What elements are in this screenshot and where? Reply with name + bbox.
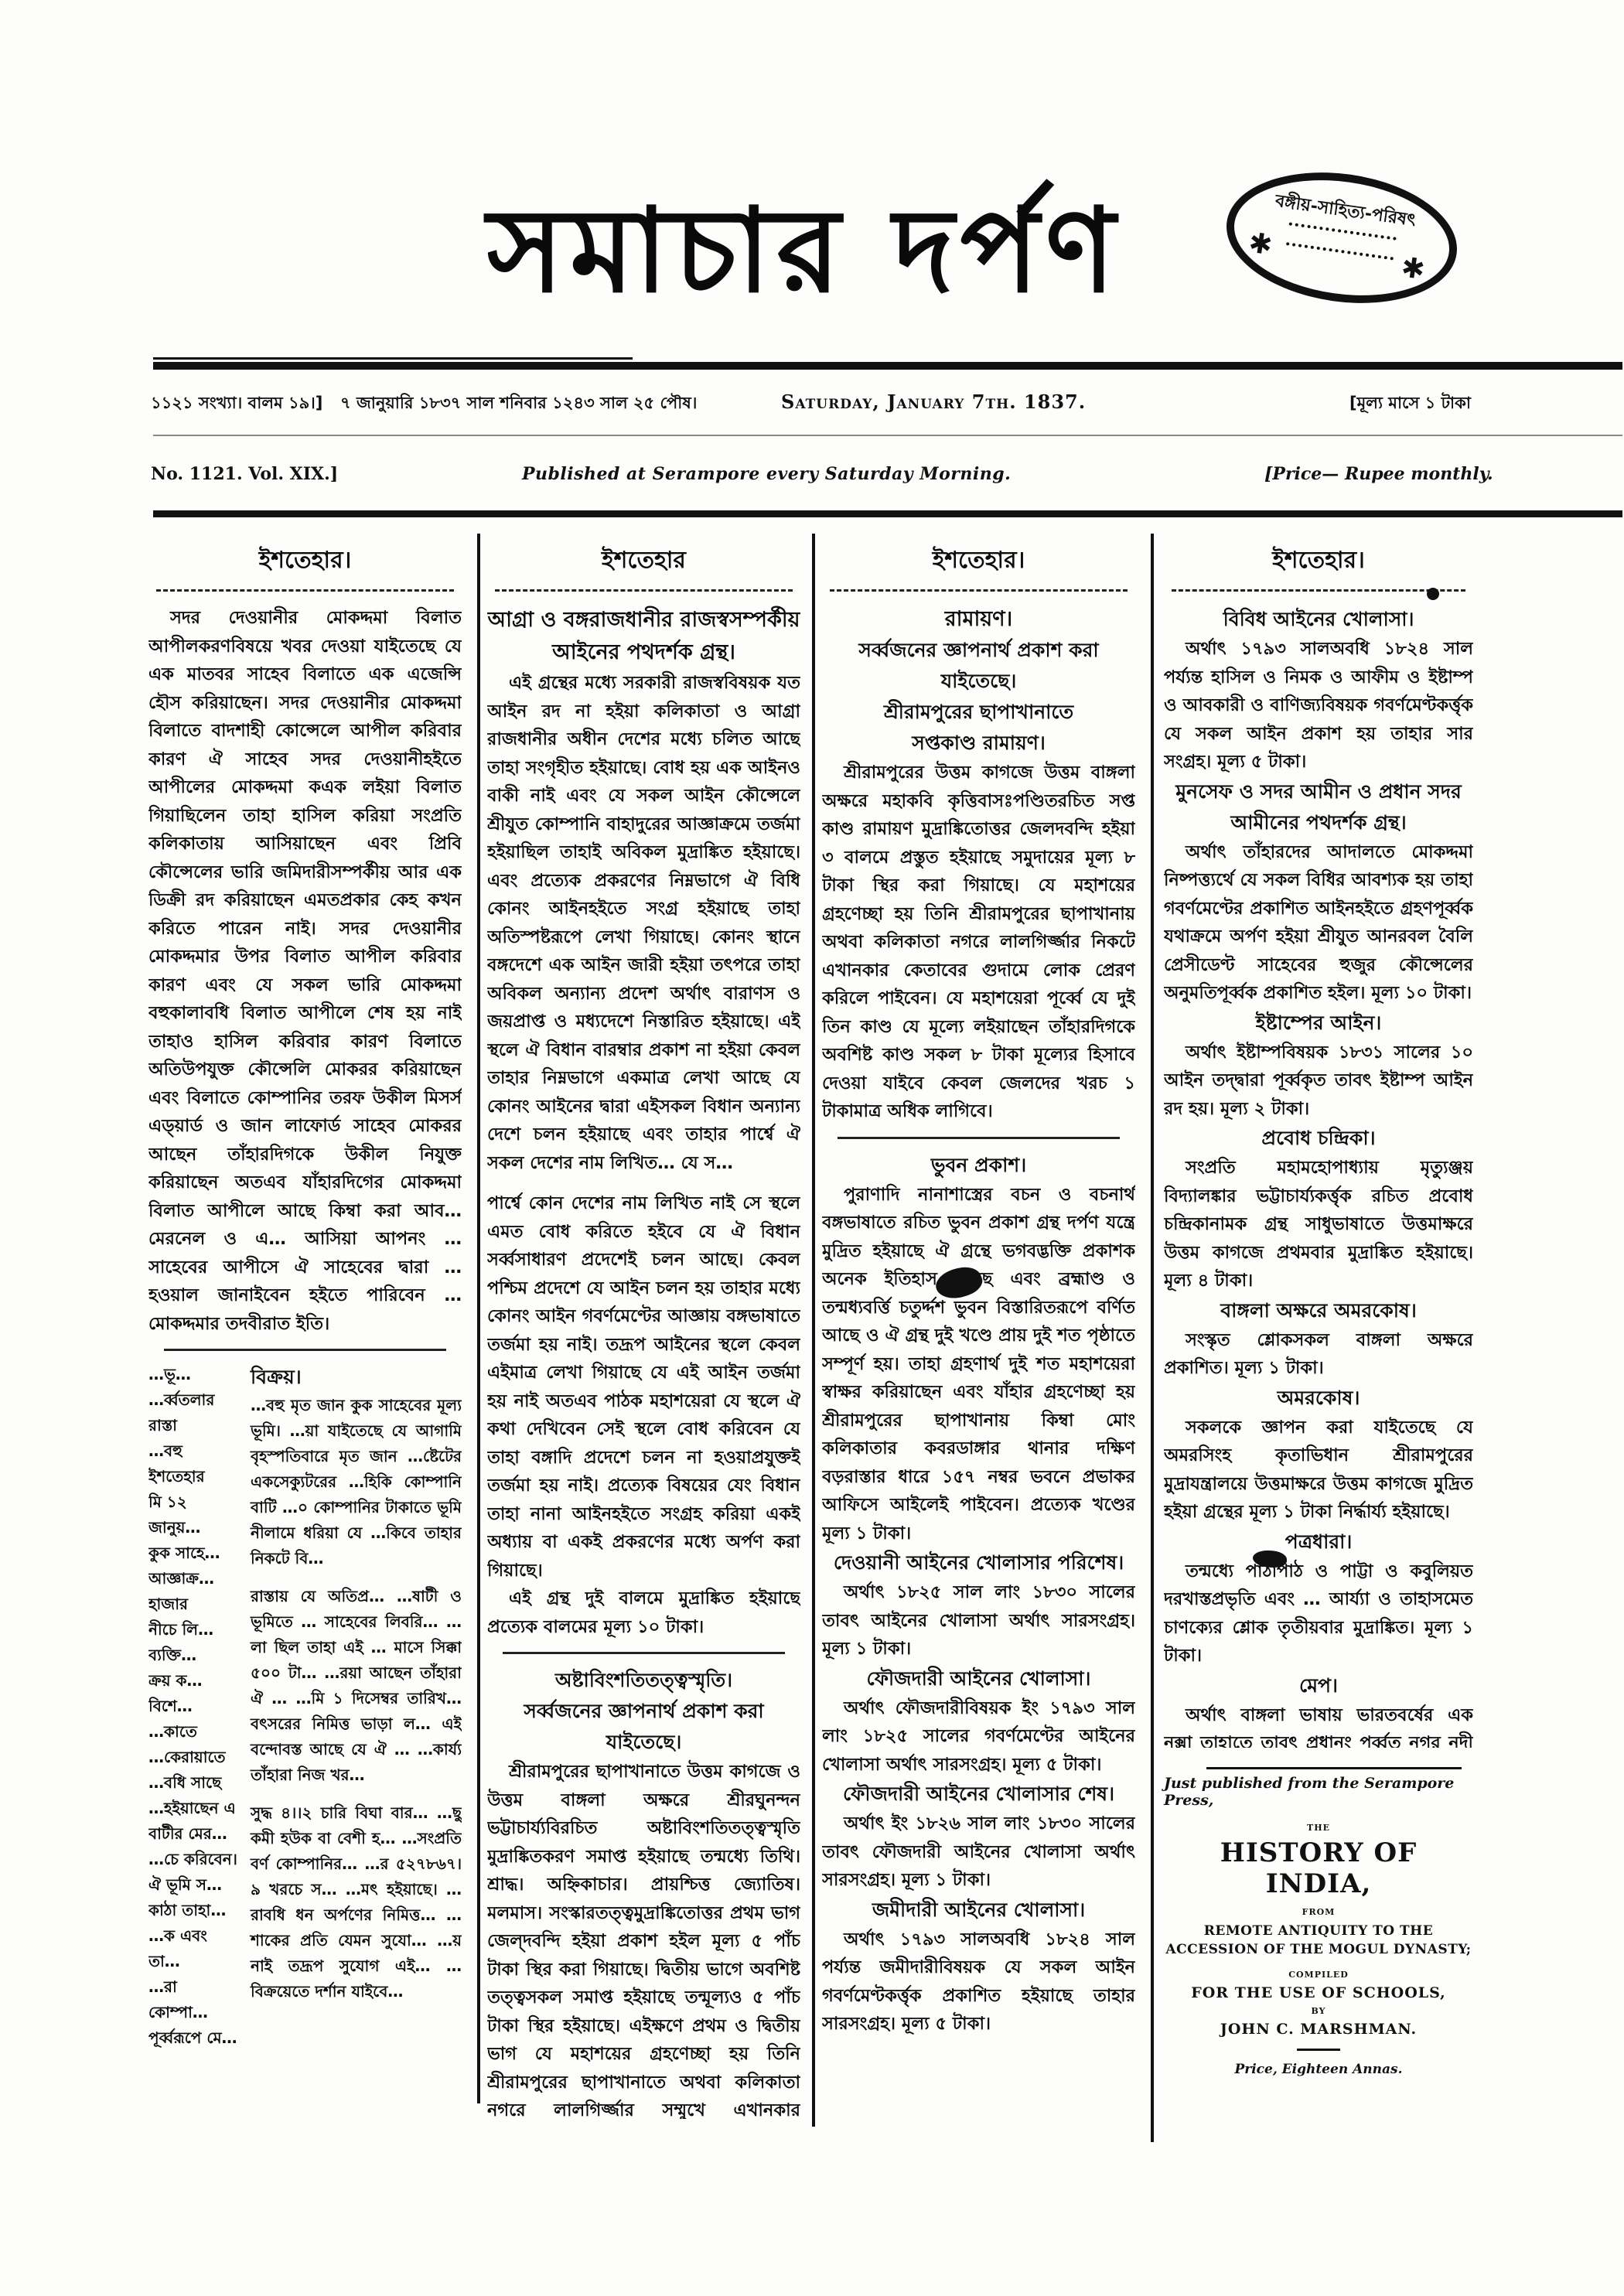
date-en: Saturday, January 7th. 1837. bbox=[781, 391, 1086, 413]
publication-note: Published at Serampore every Saturday Mo… bbox=[522, 464, 1011, 484]
ink-blot bbox=[1427, 588, 1439, 600]
fragment: ক্রয় ক… bbox=[148, 1668, 241, 1694]
column-divider bbox=[812, 534, 815, 2127]
fragment: …কাতে bbox=[148, 1719, 241, 1745]
notice-paragraph: অর্থাৎ ১৭৯৩ সালঅবধি ১৮২৪ সাল পর্য্যন্ত জ… bbox=[822, 1926, 1135, 2038]
fragment: …র্ব্বতলার রাস্তা bbox=[148, 1387, 241, 1438]
notice-paragraph: অর্থাৎ ফৌজদারীবিষয়ক ইং ১৭৯৩ সাল লাং ১৮২… bbox=[822, 1694, 1135, 1779]
ad-from: FROM bbox=[1164, 1907, 1473, 1917]
notice-paragraph: এই গ্রন্থের মধ্যে সরকারী রাজস্ববিষয়ক যত… bbox=[487, 669, 800, 1177]
column-heading: ইশতেহার। bbox=[1164, 541, 1473, 585]
ad-compiled: COMPILED bbox=[1164, 1970, 1473, 1980]
volume-number: No. 1121. Vol. XIX.] bbox=[151, 464, 338, 484]
fragment: …বহু bbox=[148, 1438, 241, 1464]
section-title: ফৌজদারী আইনের খোলাসার শেষ। bbox=[822, 1779, 1135, 1810]
fragment: অনেক বৎস… bbox=[148, 2051, 241, 2057]
notice-paragraph: শ্রীরামপুরের ছাপাখানাতে উত্তম কাগজে ও উত… bbox=[487, 1758, 800, 2119]
fragment: …রা কোম্পা… bbox=[148, 1974, 241, 2025]
section-title: মেপ। bbox=[1164, 1670, 1473, 1701]
fragment: …ভূ… bbox=[148, 1362, 241, 1387]
section-title: পত্রধারা। bbox=[1164, 1527, 1473, 1557]
section-rule bbox=[503, 1652, 785, 1654]
column-divider bbox=[477, 534, 480, 2103]
section-title: অষ্টাবিংশতিতত্ত্বস্মৃতি। bbox=[487, 1665, 800, 1696]
newspaper-page: সমাচার দর্পণ বঙ্গীয়-সাহিত্য-পরিষৎ ✱ ✱ ১… bbox=[0, 0, 1624, 2296]
notice-subtitle: শ্রীরামপুরের ছাপাখানাতে bbox=[822, 697, 1135, 728]
star-icon: ✱ bbox=[1400, 254, 1427, 285]
section-subtitle: সর্ব্বজনের জ্ঞাপনার্থ প্রকাশ করা যাইতেছে… bbox=[487, 1696, 800, 1758]
ad-author: JOHN C. MARSHMAN. bbox=[1164, 2021, 1473, 2038]
sale-notice: বিক্রয়। …বহু মৃত জান কুক সাহেবের মূল্য … bbox=[251, 1362, 462, 2057]
fragment: কাঠা তাহা… bbox=[148, 1898, 241, 1923]
notice-paragraph: সংপ্রতি মহামহোপাধ্যায় মৃত্যুঞ্জয় বিদ্য… bbox=[1164, 1154, 1473, 1295]
notice-subtitle: সপ্তকাণ্ড রামায়ণ। bbox=[822, 728, 1135, 759]
column-heading: ইশতেহার। bbox=[148, 541, 462, 585]
column-3: ইশতেহার। রামায়ণ। সর্ব্বজনের জ্ঞাপনার্থ … bbox=[822, 541, 1135, 2134]
fragment: পূর্ব্বরূপে মে… bbox=[148, 2025, 241, 2051]
library-stamp-icon: বঙ্গীয়-সাহিত্য-পরিষৎ ✱ ✱ bbox=[1218, 159, 1465, 317]
section-title: ফৌজদারী আইনের খোলাসা। bbox=[822, 1663, 1135, 1694]
fragment: …কেরায়াতে bbox=[148, 1745, 241, 1770]
column-1: ইশতেহার। সদর দেওয়ানীর মোকদ্দমা বিলাত আপ… bbox=[148, 541, 462, 2057]
fragment: আজ্ঞাক্র… bbox=[148, 1566, 241, 1592]
dashed-rule bbox=[495, 589, 793, 592]
notice-paragraph: পার্শ্বে কোন দেশের নাম লিখিত নাই সে স্থল… bbox=[487, 1189, 800, 1585]
notice-paragraph: অর্থাৎ ১৭৯৩ সালঅবধি ১৮২৪ সাল পর্য্যন্ত হ… bbox=[1164, 635, 1473, 776]
notice-paragraph: সকলকে জ্ঞাপন করা যাইতেছে যে অমরসিংহ কৃতা… bbox=[1164, 1414, 1473, 1527]
masthead-rule bbox=[153, 362, 1622, 370]
issue-number-bn: ১১২১ সংখ্যা। বালম ১৯।] bbox=[151, 391, 322, 418]
notice-paragraph: সংস্কৃত শ্লোকসকল বাঙ্গলা অক্ষরে প্রকাশিত… bbox=[1164, 1326, 1473, 1383]
section-title: বিবিধ আইনের খোলাসা। bbox=[1164, 604, 1473, 635]
ad-purpose: FOR THE USE OF SCHOOLS, bbox=[1164, 1984, 1473, 2001]
section-title: জমীদারী আইনের খোলাসা। bbox=[822, 1895, 1135, 1926]
notice-title: আগ্রা ও বঙ্গরাজধানীর রাজস্বসম্পর্কীয় আই… bbox=[487, 604, 800, 669]
section-title: বাঙ্গলা অক্ষরে অমরকোষ। bbox=[1164, 1295, 1473, 1326]
column-4: ইশতেহার। বিবিধ আইনের খোলাসা। অর্থাৎ ১৭৯৩… bbox=[1164, 541, 1473, 1748]
date-bn: ৭ জানুয়ারি ১৮৩৭ সাল শনিবার ১২৪৩ সাল ২৫ … bbox=[340, 391, 697, 418]
stamp-dotted-line bbox=[1286, 242, 1394, 260]
dotted-rule bbox=[153, 435, 1622, 436]
fragment: ঐ ভূমি স… bbox=[148, 1872, 241, 1898]
price-paragraph: এই গ্রন্থ দুই বালমে মুদ্রাঙ্কিত হইয়াছে … bbox=[487, 1585, 800, 1641]
section-title: মুনসেফ ও সদর আমীন ও প্রধান সদর আমীনের পথ… bbox=[1164, 776, 1473, 838]
dashed-rule bbox=[156, 589, 454, 592]
ad-article: THE bbox=[1164, 1823, 1473, 1833]
fragment: ব্যক্তি… bbox=[148, 1643, 241, 1668]
fragment: হাজার bbox=[148, 1592, 241, 1617]
header-bottom-rule bbox=[153, 510, 1622, 517]
fragment: …হইয়াছেন এ bbox=[148, 1796, 241, 1821]
dashed-rule bbox=[1172, 589, 1465, 592]
star-icon: ✱ bbox=[1247, 230, 1274, 261]
section-title: প্রবোধ চন্দ্রিকা। bbox=[1164, 1123, 1473, 1154]
english-advertisement: Just published from the Serampore Press,… bbox=[1164, 1775, 1473, 2077]
notice-paragraph: তন্মধ্যে পাঠাপাঠ ও পাট্টা ও কবুলিয়ত দরখ… bbox=[1164, 1557, 1473, 1670]
notice-paragraph: অর্থাৎ ইং ১৮২৬ সাল লাং ১৮৩০ সালের তাবৎ ফ… bbox=[822, 1810, 1135, 1895]
column-2: ইশতেহার আগ্রা ও বঙ্গরাজধানীর রাজস্বসম্পর… bbox=[487, 541, 800, 2119]
fragment: …চে করিবেন। bbox=[148, 1847, 241, 1872]
ad-price: Price, Eighteen Annas. bbox=[1164, 2062, 1473, 2077]
fragment: …বধি সাছে bbox=[148, 1770, 241, 1796]
masthead-thin-rule bbox=[153, 357, 633, 360]
sale-paragraph: রাস্তায় যে অতিপ্র… …ষাটী ও ভূমিতে … সাহ… bbox=[251, 1584, 462, 1788]
notice-title: রামায়ণ। bbox=[822, 604, 1135, 635]
ad-book-title: HISTORY OF INDIA, bbox=[1164, 1837, 1473, 1899]
column-heading: ইশতেহার bbox=[487, 541, 800, 585]
fragment: বাটীর মের… bbox=[148, 1821, 241, 1847]
sale-paragraph: …বহু মৃত জান কুক সাহেবের মূল্য ভূমি। …য়… bbox=[251, 1393, 462, 1571]
fragment: …ক এবং তা… bbox=[148, 1923, 241, 1974]
notice-paragraph: অর্থাৎ ইষ্টাম্পবিষয়ক ১৮৩১ সালের ১০ আইন … bbox=[1164, 1039, 1473, 1124]
fragment: ইশতেহার bbox=[148, 1464, 241, 1489]
ad-subtitle: REMOTE ANTIQUITY TO THE ACCESSION OF THE… bbox=[1164, 1922, 1473, 1959]
notice-paragraph: অর্থাৎ বাঙ্গলা ভাষায় ভারতবর্ষের এক নক্স… bbox=[1164, 1701, 1473, 1748]
dateline: ১১২১ সংখ্যা। বালম ১৯।] ৭ জানুয়ারি ১৮৩৭ … bbox=[151, 391, 1605, 421]
ad-short-rule bbox=[1297, 2049, 1340, 2051]
ad-rule bbox=[1206, 1767, 1462, 1769]
section-title: ভুবন প্রকাশ। bbox=[822, 1150, 1135, 1181]
ad-lead: Just published from the Serampore Press, bbox=[1164, 1775, 1473, 1809]
notice-paragraph: সদর দেওয়ানীর মোকদ্দমা বিলাত আপীলকরণবিষয… bbox=[148, 604, 462, 1338]
fragment: বিশে… bbox=[148, 1694, 241, 1719]
section-title: দেওয়ানী আইনের খোলাসার পরিশেষ। bbox=[822, 1547, 1135, 1578]
section-rule bbox=[164, 1349, 446, 1351]
column-heading: ইশতেহার। bbox=[822, 541, 1135, 585]
section-title: ইষ্টাম্পের আইন। bbox=[1164, 1008, 1473, 1039]
sale-heading: বিক্রয়। bbox=[251, 1362, 462, 1393]
dashed-rule bbox=[830, 589, 1128, 592]
torn-fragment-column: …ভূ… …র্ব্বতলার রাস্তা …বহু ইশতেহার মি ১… bbox=[148, 1362, 241, 2057]
notice-paragraph: শ্রীরামপুরের উত্তম কাগজে উত্তম বাঙ্গলা অ… bbox=[822, 759, 1135, 1126]
section-rule bbox=[838, 1137, 1120, 1139]
ad-by: BY bbox=[1164, 2006, 1473, 2016]
sale-paragraph: সুদ্ধ ৪।।২ চারি বিঘা বার… …ছু কমী হউক বা… bbox=[251, 1800, 462, 2004]
fragment: কুক সাহে… bbox=[148, 1540, 241, 1566]
price-en: [Price— Rupee monthly. bbox=[1264, 464, 1493, 484]
masthead-title: সমাচার দর্পণ bbox=[464, 193, 1145, 309]
fragment: নীচে লি… bbox=[148, 1617, 241, 1643]
section-title: অমরকোষ। bbox=[1164, 1383, 1473, 1414]
notice-subtitle: সর্ব্বজনের জ্ঞাপনার্থ প্রকাশ করা যাইতেছে… bbox=[822, 635, 1135, 697]
fragment: মি ১২ জানুয়… bbox=[148, 1489, 241, 1540]
notice-paragraph: অর্থাৎ তাঁহারদের আদালতে মোকদ্দমা নিষ্পত্… bbox=[1164, 838, 1473, 1008]
price-bn: [মূল্য মাসে ১ টাকা bbox=[1349, 391, 1471, 418]
notice-paragraph: অর্থাৎ ১৮২৫ সাল লাং ১৮৩০ সালের তাবৎ আইনে… bbox=[822, 1578, 1135, 1663]
notice-paragraph: পুরাণাদি নানাশাস্ত্রের বচন ও বচনার্থ বঙ্… bbox=[822, 1181, 1135, 1548]
imprint-line: No. 1121. Vol. XIX.] Published at Seramp… bbox=[151, 464, 1605, 495]
column-divider bbox=[1151, 534, 1154, 2142]
